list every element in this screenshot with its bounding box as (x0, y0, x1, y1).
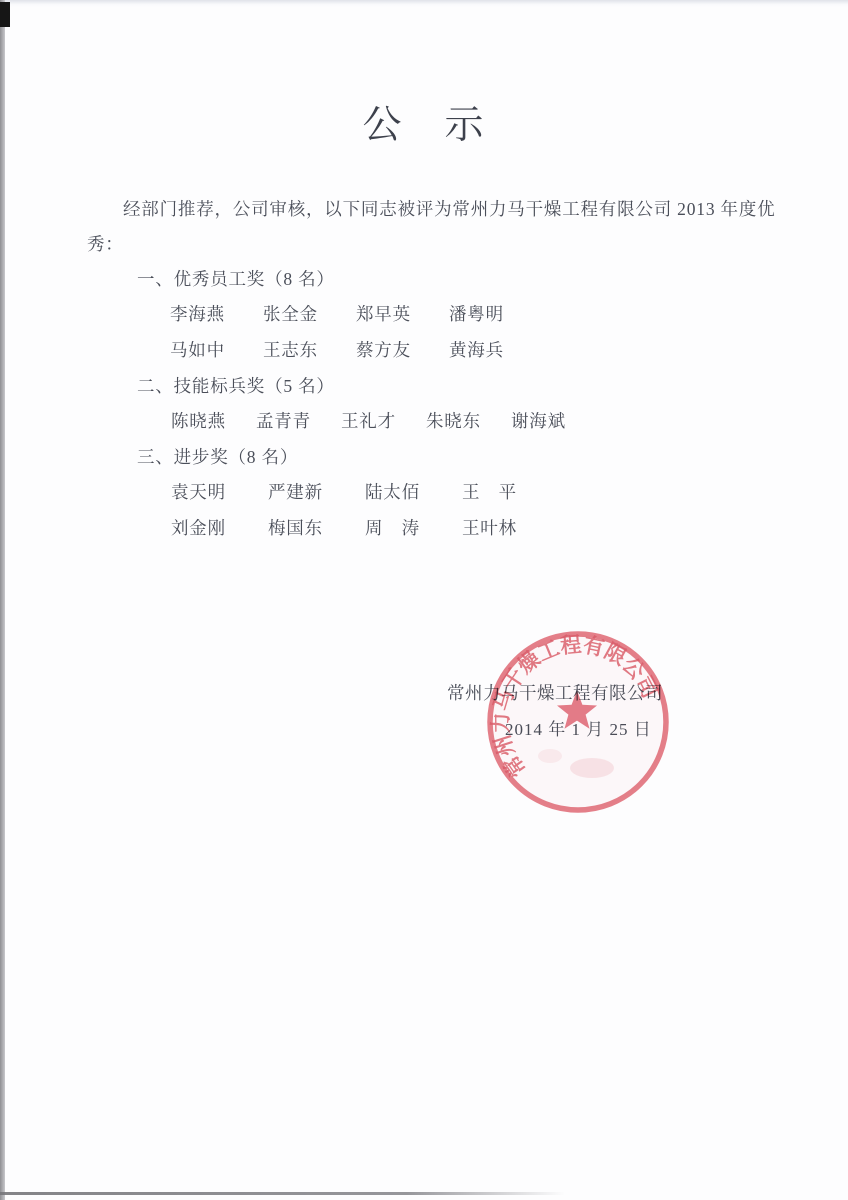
intro-paragraph-line2: 秀： (87, 231, 124, 256)
scan-edge-top (0, 0, 848, 7)
section-heading-progress: 三、进步奖（8 名） (137, 444, 298, 469)
awardee-name: 刘金刚 (171, 515, 268, 540)
scan-edge-bottom (0, 1192, 565, 1195)
seal-ink-smudge (538, 749, 562, 763)
awardee-name: 朱晓东 (426, 408, 511, 433)
section-heading-excellent-employee: 一、优秀员工奖（8 名） (137, 266, 335, 291)
awardee-name: 王叶林 (462, 515, 517, 540)
company-seal: 常州力马干燥工程有限公司 (472, 616, 684, 828)
section-heading-skill-model: 二、技能标兵奖（5 名） (137, 373, 335, 398)
awardee-name: 潘粤明 (449, 301, 504, 326)
awardee-name: 谢海斌 (511, 408, 566, 433)
awardee-name: 王志东 (263, 337, 356, 362)
awardee-name: 陈晓燕 (171, 408, 256, 433)
awardee-name: 袁天明 (171, 479, 268, 504)
awardee-name: 周 涛 (365, 515, 462, 540)
awardee-name: 马如中 (170, 337, 263, 362)
awardee-name: 郑早英 (356, 301, 449, 326)
awardee-name: 严建新 (268, 479, 365, 504)
awardee-row: 刘金刚梅国东周 涛王叶林 (171, 515, 517, 540)
awardee-row: 马如中王志东蔡方友黄海兵 (170, 337, 504, 362)
awardee-row: 陈晓燕孟青青王礼才朱晓东谢海斌 (171, 408, 566, 433)
awardee-name: 蔡方友 (356, 337, 449, 362)
intro-paragraph-line1: 经部门推荐，公司审核，以下同志被评为常州力马干燥工程有限公司 2013 年度优 (123, 196, 775, 221)
awardee-row: 袁天明严建新陆太佰王 平 (171, 479, 517, 504)
awardee-name: 王礼才 (341, 408, 426, 433)
seal-ink-smudge (570, 758, 614, 778)
scan-edge-left (0, 0, 5, 1200)
awardee-name: 梅国东 (268, 515, 365, 540)
awardee-name: 张全金 (263, 301, 356, 326)
page-title: 公 示 (0, 94, 848, 150)
awardee-name: 孟青青 (256, 408, 341, 433)
awardee-name: 陆太佰 (365, 479, 462, 504)
awardee-name: 黄海兵 (449, 337, 504, 362)
scanned-document-page: 公 示 经部门推荐，公司审核，以下同志被评为常州力马干燥工程有限公司 2013 … (0, 0, 848, 1200)
awardee-name: 王 平 (462, 479, 517, 504)
scan-corner-mark (0, 2, 10, 27)
awardee-row: 李海燕张全金郑早英潘粤明 (170, 301, 504, 326)
awardee-name: 李海燕 (170, 301, 263, 326)
